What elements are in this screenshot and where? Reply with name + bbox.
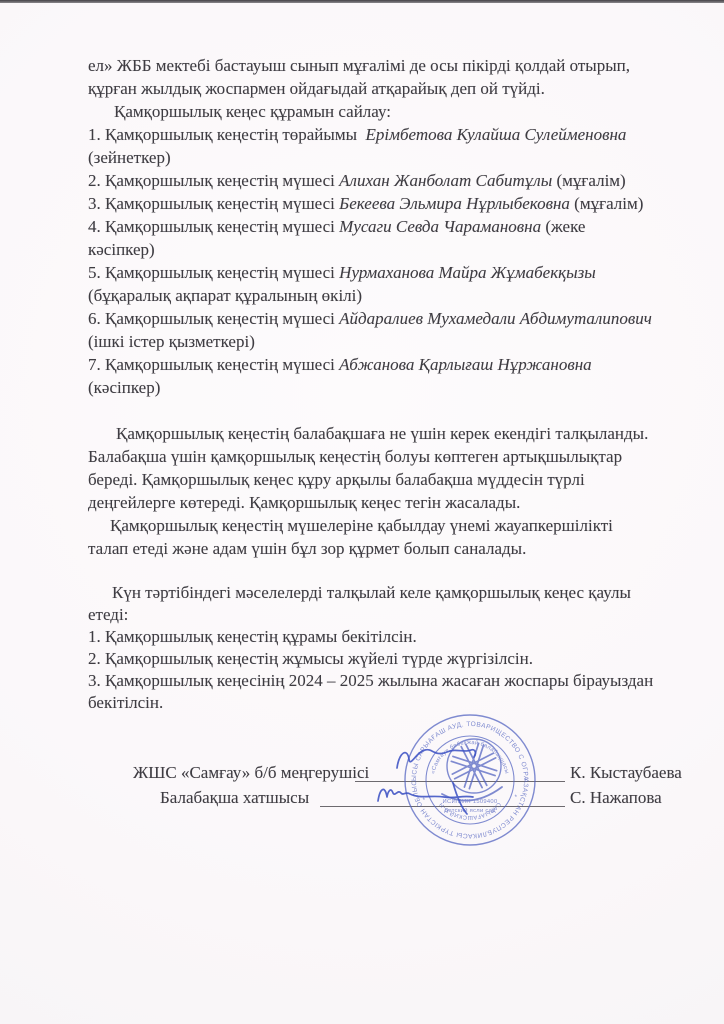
text-segment: 3. Қамқоршылық кеңестің мүшесі xyxy=(88,194,339,213)
text-segment: (бұқаралық ақпарат құралының өкілі) xyxy=(88,286,362,305)
stamp-bin-text: ИСИ/БИН 1509400 xyxy=(443,799,498,805)
person-name: Ерімбетова Кулайша Сулейменовна xyxy=(366,125,627,144)
text-segment: деңгейлерге көтереді. Қамқоршылық кеңес … xyxy=(88,493,520,512)
text-segment: 1. Қамқоршылық кеңестің төрайымы xyxy=(88,125,366,144)
text-line: 1. Қамқоршылық кеңестің төрайымы Ерімбет… xyxy=(88,123,694,146)
scan-edge xyxy=(0,0,724,3)
text-line: (зейнеткер) xyxy=(88,146,694,169)
text-segment: бекітілсін. xyxy=(88,693,163,712)
text-segment: 5. Қамқоршылық кеңестің мүшесі xyxy=(88,263,339,282)
text-line: 6. Қамқоршылық кеңестің мүшесі Айдаралие… xyxy=(88,307,694,330)
opening-and-member-list: ел» ЖББ мектебі бастауыш сынып мұғалімі … xyxy=(88,54,694,399)
person-name: Нурмаханова Майра Жұмабекқызы xyxy=(339,263,596,282)
secretary-signature-label: Балабақша хатшысы xyxy=(160,788,309,808)
stamp-kindergarten-text: Детский ясли сад xyxy=(444,807,496,814)
text-segment: береді. Қамқоршылық кеңес құру арқылы ба… xyxy=(88,470,585,489)
text-line: құрған жылдық жоспармен ойдағыдай атқара… xyxy=(88,77,694,100)
official-stamp: ОБЛЫСЫ САРЫАҒАШ АУД. ТОВАРИЩЕСТВО С ОГРА… xyxy=(370,700,580,870)
text-segment: 2. Қамқоршылық кеңестің мүшесі xyxy=(88,171,339,190)
text-line: Қамқоршылық кеңестің балабақшаға не үшін… xyxy=(88,422,694,445)
text-line: Күн тәртібіндегі мәселелерді талқылай ке… xyxy=(88,582,694,604)
text-segment: Балабақша үшін қамқоршылық кеңестің болу… xyxy=(88,447,622,466)
text-line: ел» ЖББ мектебі бастауыш сынып мұғалімі … xyxy=(88,54,694,77)
director-signature-label: ЖШС «Самғау» б/б меңгерушісі xyxy=(133,763,369,783)
text-segment: Қамқоршылық кеңес құрамын сайлау: xyxy=(114,102,391,121)
text-segment: талап етеді және адам үшін бұл зор құрме… xyxy=(88,539,526,558)
text-line: (бұқаралық ақпарат құралының өкілі) xyxy=(88,284,694,307)
person-name: Бекеева Эльмира Нұрлыбековна xyxy=(339,194,570,213)
stamp-graphic: ОБЛЫСЫ САРЫАҒАШ АУД. ТОВАРИЩЕСТВО С ОГРА… xyxy=(370,700,535,845)
director-name: К. Кыстаубаева xyxy=(570,763,682,783)
text-line: 3. Қамқоршылық кеңестің мүшесі Бекеева Э… xyxy=(88,192,694,215)
text-segment: 1. Қамқоршылық кеңестің құрамы бекітілсі… xyxy=(88,627,417,646)
discussion-paragraphs: Қамқоршылық кеңестің балабақшаға не үшін… xyxy=(88,422,694,560)
person-name: Абжанова Қарлығаш Нұржановна xyxy=(339,355,591,374)
person-name: Айдаралиев Мухамедали Абдимуталипович xyxy=(339,309,652,328)
person-name: Алихан Жанболат Сабитұлы xyxy=(339,171,552,190)
text-line: 2. Қамқоршылық кеңестің мүшесі Алихан Жа… xyxy=(88,169,694,192)
text-segment: (мұғалім) xyxy=(552,171,625,190)
text-line: 3. Қамқоршылық кеңесінің 2024 – 2025 жыл… xyxy=(88,670,694,692)
text-line: талап етеді және адам үшін бұл зор құрме… xyxy=(88,537,694,560)
text-line: 4. Қамқоршылық кеңестің мүшесі Мусаги Се… xyxy=(88,215,694,238)
text-segment: Күн тәртібіндегі мәселелерді талқылай ке… xyxy=(112,583,631,602)
text-line: 5. Қамқоршылық кеңестің мүшесі Нурмахано… xyxy=(88,261,694,284)
text-segment: етеді: xyxy=(88,605,128,624)
text-segment: 3. Қамқоршылық кеңесінің 2024 – 2025 жыл… xyxy=(88,671,653,690)
text-line: 2. Қамқоршылық кеңестің жұмысы жүйелі тү… xyxy=(88,648,694,670)
text-segment: ел» ЖББ мектебі бастауыш сынып мұғалімі … xyxy=(88,56,630,75)
resolution: Күн тәртібіндегі мәселелерді талқылай ке… xyxy=(88,582,694,714)
text-line: Балабақша үшін қамқоршылық кеңестің болу… xyxy=(88,445,694,468)
scanned-document-page: ел» ЖББ мектебі бастауыш сынып мұғалімі … xyxy=(0,0,724,1024)
stamp-star-left: * xyxy=(422,797,425,804)
text-line: (ішкі істер қызметкері) xyxy=(88,330,694,353)
text-segment: құрған жылдық жоспармен ойдағыдай атқара… xyxy=(88,79,545,98)
text-segment: (зейнеткер) xyxy=(88,148,171,167)
text-line: Қамқоршылық кеңес құрамын сайлау: xyxy=(88,100,694,123)
text-line: 1. Қамқоршылық кеңестің құрамы бекітілсі… xyxy=(88,626,694,648)
text-segment: (жеке xyxy=(541,217,585,236)
text-line: 7. Қамқоршылық кеңестің мүшесі Абжанова … xyxy=(88,353,694,376)
stamp-outer-ring xyxy=(405,715,535,845)
text-line: Қамқоршылық кеңестің мүшелеріне қабылдау… xyxy=(88,514,694,537)
text-segment: Қамқоршылық кеңестің мүшелеріне қабылдау… xyxy=(110,516,613,535)
secretary-name: С. Нажапова xyxy=(570,788,662,808)
text-segment: 2. Қамқоршылық кеңестің жұмысы жүйелі тү… xyxy=(88,649,533,668)
text-segment: (мұғалім) xyxy=(570,194,643,213)
text-segment: кәсіпкер) xyxy=(88,240,155,259)
text-line: береді. Қамқоршылық кеңес құру арқылы ба… xyxy=(88,468,694,491)
person-name: Мусаги Севда Чарамановна xyxy=(339,217,541,236)
text-line: кәсіпкер) xyxy=(88,238,694,261)
text-line: етеді: xyxy=(88,604,694,626)
text-segment: 6. Қамқоршылық кеңестің мүшесі xyxy=(88,309,339,328)
stamp-star-right: * xyxy=(514,794,517,801)
text-segment: Қамқоршылық кеңестің балабақшаға не үшін… xyxy=(116,424,648,443)
text-segment: 4. Қамқоршылық кеңестің мүшесі xyxy=(88,217,339,236)
document-body: ел» ЖББ мектебі бастауыш сынып мұғалімі … xyxy=(88,54,694,714)
text-line: (кәсіпкер) xyxy=(88,376,694,399)
text-segment: 7. Қамқоршылық кеңестің мүшесі xyxy=(88,355,339,374)
text-segment: (кәсіпкер) xyxy=(88,378,160,397)
text-line: деңгейлерге көтереді. Қамқоршылық кеңес … xyxy=(88,491,694,514)
text-segment: (ішкі істер қызметкері) xyxy=(88,332,255,351)
